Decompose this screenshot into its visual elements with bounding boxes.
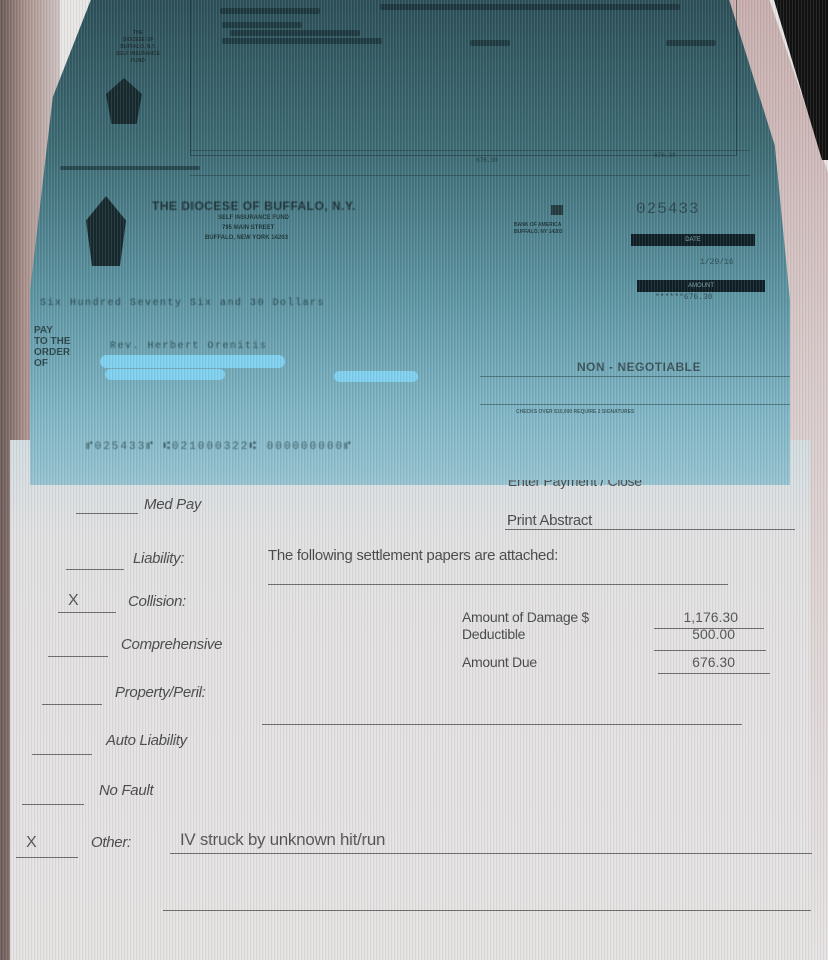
coverage-med-pay: Med Pay bbox=[144, 496, 201, 513]
settlement-papers-line bbox=[268, 584, 728, 585]
pay-to-label-line: PAY bbox=[34, 325, 70, 336]
redaction-mark bbox=[105, 369, 225, 380]
date-value: 1/29/16 bbox=[700, 258, 734, 267]
bank-logo-icon bbox=[551, 205, 563, 215]
amount-of-damage-label: Amount of Damage $ bbox=[462, 609, 589, 625]
pay-to-label-line: ORDER bbox=[34, 347, 70, 358]
deductible-label: Deductible bbox=[462, 626, 525, 642]
stub-issuer-line: FUND bbox=[88, 58, 188, 65]
signature-line bbox=[480, 376, 790, 377]
coverage-no-fault: No Fault bbox=[99, 782, 153, 799]
bank-location: BUFFALO, NY 14203 bbox=[514, 229, 563, 236]
other-description-line-2 bbox=[163, 910, 811, 911]
collision-checkbox-line[interactable] bbox=[58, 612, 116, 613]
coverage-property-peril: Property/Peril: bbox=[115, 684, 206, 701]
other-description: IV struck by unknown hit/run bbox=[180, 830, 385, 850]
amount-of-damage-value: 1,176.30 bbox=[648, 609, 738, 625]
signature-note: CHECKS OVER $10,000 REQUIRE 2 SIGNATURES bbox=[516, 409, 634, 415]
non-negotiable-stamp: NON - NEGOTIABLE bbox=[577, 360, 701, 374]
date-label: DATE bbox=[631, 234, 755, 246]
print-abstract-line bbox=[505, 529, 795, 530]
print-abstract-label: Print Abstract bbox=[507, 512, 592, 529]
comprehensive-checkbox-line[interactable] bbox=[48, 656, 108, 657]
deductible-underline bbox=[654, 650, 766, 651]
amount-in-words: Six Hundred Seventy Six and 30 Dollars bbox=[40, 298, 325, 309]
issuer-address-line1: 795 MAIN STREET bbox=[222, 225, 274, 231]
stub-text-line bbox=[222, 38, 382, 44]
redaction-mark bbox=[334, 371, 418, 382]
pay-to-label: PAY TO THE ORDER OF bbox=[34, 325, 70, 369]
amount-label: AMOUNT bbox=[637, 280, 765, 292]
stub-text-line bbox=[470, 40, 510, 46]
other-description-line bbox=[170, 853, 812, 854]
stub-issuer-line: THE bbox=[88, 30, 188, 37]
stub-issuer-line: DIOCESE OF bbox=[88, 37, 188, 44]
stub-amount: 676.30 bbox=[654, 152, 676, 159]
coverage-comprehensive: Comprehensive bbox=[121, 636, 222, 653]
stub-issuer-line: BUFFALO, N.Y. bbox=[88, 44, 188, 51]
stub-divider bbox=[190, 150, 750, 151]
redaction-mark bbox=[100, 355, 285, 368]
stub-text-line bbox=[222, 22, 302, 28]
stub-issuer: THE DIOCESE OF BUFFALO, N.Y. SELF INSURA… bbox=[88, 30, 188, 65]
med-pay-checkbox-line[interactable] bbox=[76, 513, 138, 514]
settlement-papers-text: The following settlement papers are atta… bbox=[268, 547, 558, 564]
no-fault-checkbox-line[interactable] bbox=[22, 804, 84, 805]
amount-due-value: 676.30 bbox=[645, 654, 735, 670]
collision-check-mark: X bbox=[68, 592, 79, 610]
pay-to-label-line: OF bbox=[34, 358, 70, 369]
property-peril-checkbox-line[interactable] bbox=[42, 704, 102, 705]
liability-checkbox-line[interactable] bbox=[66, 569, 124, 570]
bank-name: BANK OF AMERICA bbox=[514, 222, 563, 229]
coverage-liability: Liability: bbox=[133, 550, 184, 567]
issuer-address-line2: BUFFALO, NEW YORK 14203 bbox=[205, 235, 288, 241]
payee-name: Rev. Herbert Orenitis bbox=[110, 341, 268, 352]
micr-line: ⑈025433⑈ ⑆021000322⑆ 000000000⑈ bbox=[86, 441, 353, 453]
stub-text-line bbox=[60, 166, 200, 170]
other-checkbox-line[interactable] bbox=[16, 857, 78, 858]
amount-value: ******676.30 bbox=[655, 293, 713, 302]
stub-amount: 676.30 bbox=[476, 157, 498, 164]
check-number: 025433 bbox=[636, 200, 700, 218]
amount-due-label: Amount Due bbox=[462, 654, 537, 670]
stub-divider bbox=[190, 175, 750, 176]
auto-liability-checkbox-line[interactable] bbox=[32, 754, 92, 755]
property-peril-description-line bbox=[262, 724, 742, 725]
stub-issuer-line: SELF INSURANCE bbox=[88, 51, 188, 58]
pay-to-label-line: TO THE bbox=[34, 336, 70, 347]
issuer-name: THE DIOCESE OF BUFFALO, N.Y. bbox=[152, 199, 356, 213]
deductible-value: 500.00 bbox=[645, 626, 735, 642]
issuer-fund: SELF INSURANCE FUND bbox=[218, 215, 289, 221]
amount-due-underline bbox=[658, 673, 770, 674]
stub-text-line bbox=[380, 4, 680, 10]
coverage-collision: Collision: bbox=[128, 593, 186, 610]
other-check-mark: X bbox=[26, 834, 37, 852]
signature-line bbox=[480, 404, 790, 405]
coverage-auto-liability: Auto Liability bbox=[106, 732, 187, 749]
stub-text-line bbox=[230, 30, 360, 36]
bank-info: BANK OF AMERICA BUFFALO, NY 14203 bbox=[514, 222, 563, 236]
stub-text-line bbox=[220, 8, 320, 14]
stub-text-line bbox=[666, 40, 716, 46]
coverage-other: Other: bbox=[91, 834, 131, 851]
